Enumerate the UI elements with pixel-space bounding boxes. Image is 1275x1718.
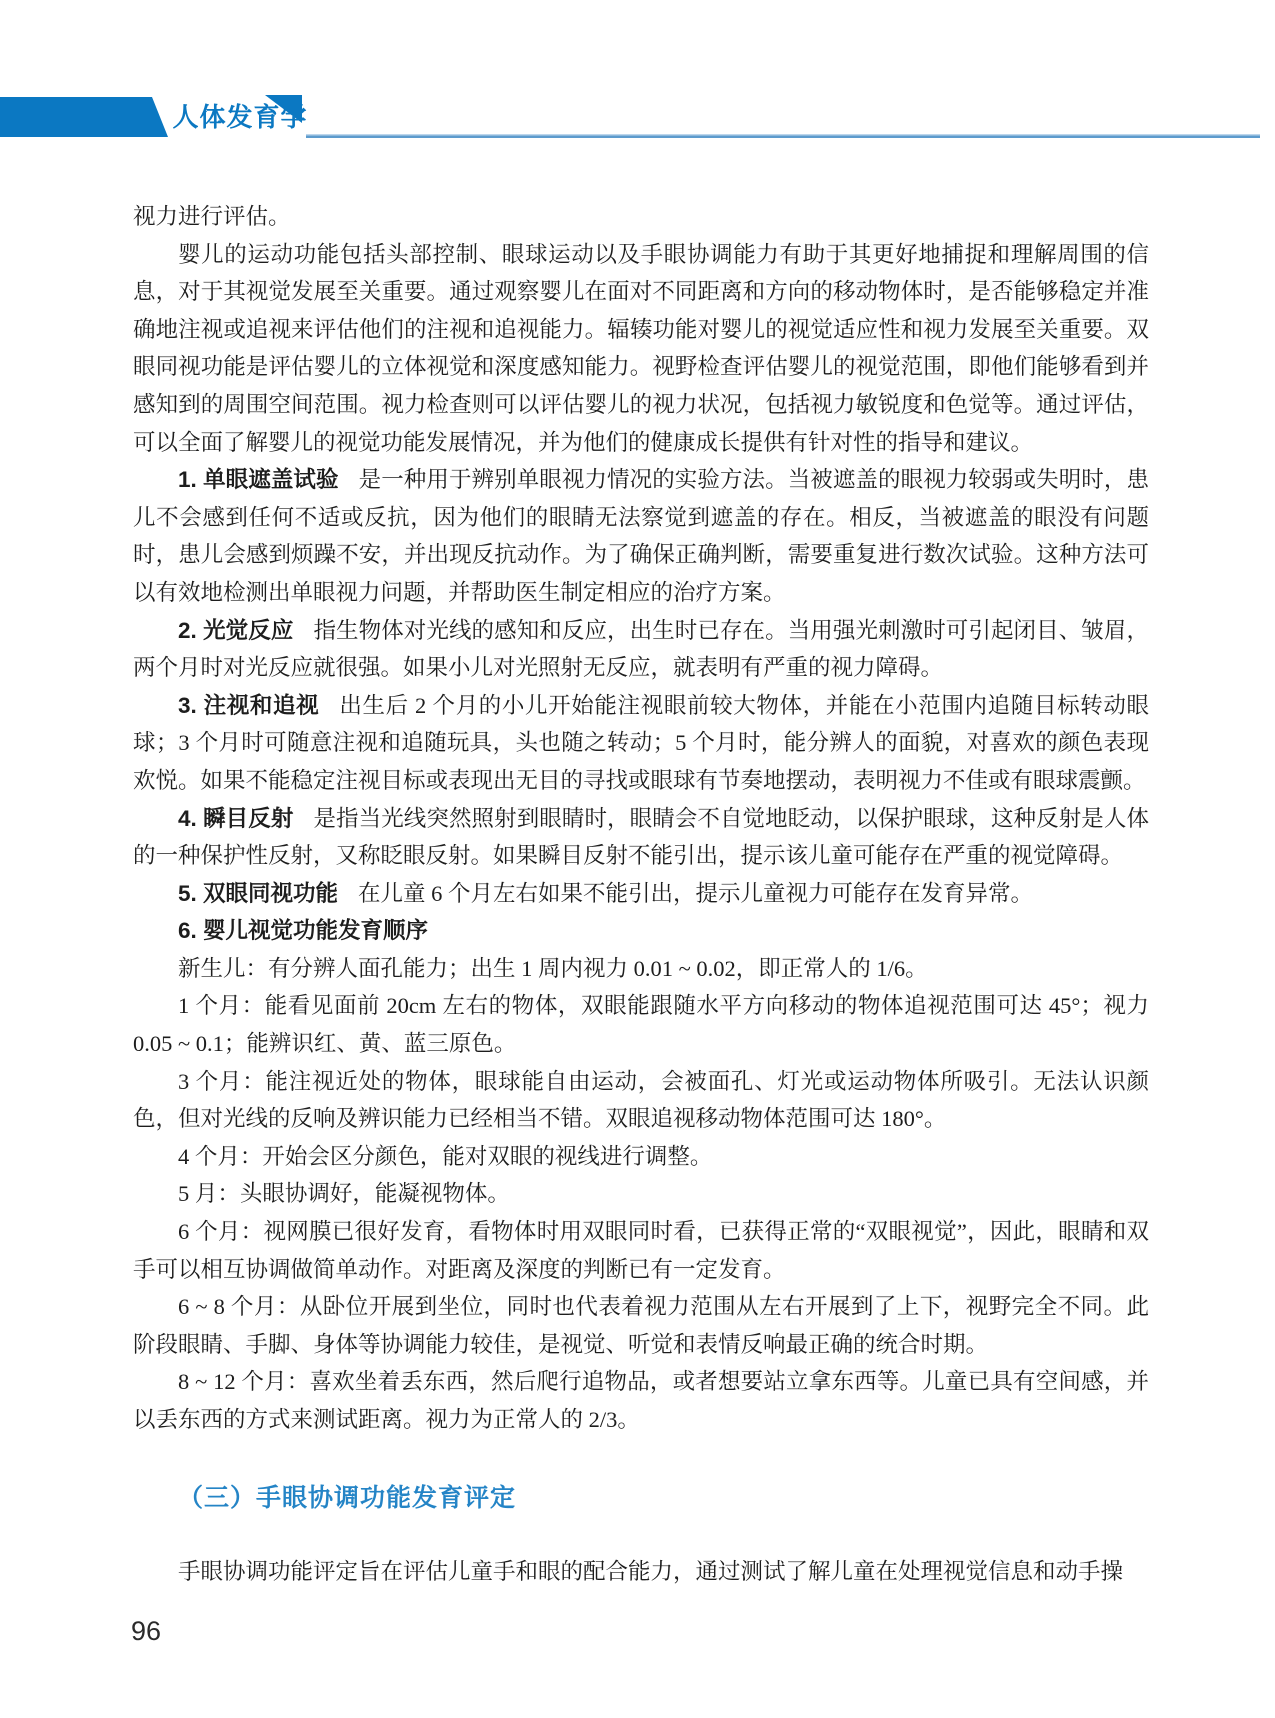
header-rule-line — [306, 134, 1260, 138]
paragraph: 新生儿：有分辨人面孔能力；出生 1 周内视力 0.01 ~ 0.02，即正常人的… — [133, 950, 1149, 988]
paragraph-lead: 6. 婴儿视觉功能发育顺序 — [178, 918, 428, 943]
paragraph: 3 个月：能注视近处的物体，眼球能自由运动，会被面孔、灯光或运动物体所吸引。无法… — [133, 1063, 1149, 1138]
paragraph-lead: 3. 注视和追视 — [178, 693, 319, 718]
paragraph: 4 个月：开始会区分颜色，能对双眼的视线进行调整。 — [133, 1138, 1149, 1176]
paragraph: 6 ~ 8 个月：从卧位开展到坐位，同时也代表着视力范围从左右开展到了上下，视野… — [133, 1288, 1149, 1363]
paragraph: 2. 光觉反应指生物体对光线的感知和反应，出生时已存在。当用强光刺激时可引起闭目… — [133, 612, 1149, 687]
paragraph: 6. 婴儿视觉功能发育顺序 — [133, 912, 1149, 950]
paragraph: 婴儿的运动功能包括头部控制、眼球运动以及手眼协调能力有助于其更好地捕捉和理解周围… — [133, 236, 1149, 462]
page-number: 96 — [131, 1616, 161, 1647]
page-content: 视力进行评估。婴儿的运动功能包括头部控制、眼球运动以及手眼协调能力有助于其更好地… — [133, 198, 1149, 1590]
section-heading: （三）手眼协调功能发育评定 — [133, 1483, 1149, 1513]
paragraph: 6 个月：视网膜已很好发育，看物体时用双眼同时看，已获得正常的“双眼视觉”，因此… — [133, 1213, 1149, 1288]
paragraph: 视力进行评估。 — [133, 198, 1149, 236]
paragraph-lead: 4. 瞬目反射 — [178, 806, 293, 831]
paragraph: 5 月：头眼协调好，能凝视物体。 — [133, 1175, 1149, 1213]
paragraph-list: 视力进行评估。婴儿的运动功能包括头部控制、眼球运动以及手眼协调能力有助于其更好地… — [133, 198, 1149, 1439]
closing-paragraph: 手眼协调功能评定旨在评估儿童手和眼的配合能力，通过测试了解儿童在处理视觉信息和动… — [133, 1553, 1149, 1591]
paragraph: 1 个月：能看见面前 20cm 左右的物体，双眼能跟随水平方向移动的物体追视范围… — [133, 987, 1149, 1062]
paragraph: 3. 注视和追视出生后 2 个月的小儿开始能注视眼前较大物体，并能在小范围内追随… — [133, 687, 1149, 800]
paragraph: 1. 单眼遮盖试验是一种用于辨别单眼视力情况的实验方法。当被遮盖的眼视力较弱或失… — [133, 461, 1149, 611]
paragraph-lead: 5. 双眼同视功能 — [178, 881, 338, 906]
paragraph-lead: 1. 单眼遮盖试验 — [178, 467, 339, 492]
paragraph: 4. 瞬目反射是指当光线突然照射到眼睛时，眼睛会不自觉地眨动，以保护眼球，这种反… — [133, 800, 1149, 875]
paragraph: 5. 双眼同视功能在儿童 6 个月左右如果不能引出，提示儿童视力可能存在发育异常… — [133, 875, 1149, 913]
paragraph-lead: 2. 光觉反应 — [178, 618, 293, 643]
header-blue-bar — [0, 97, 168, 137]
paragraph: 8 ~ 12 个月：喜欢坐着丢东西，然后爬行追物品，或者想要站立拿东西等。儿童已… — [133, 1363, 1149, 1438]
